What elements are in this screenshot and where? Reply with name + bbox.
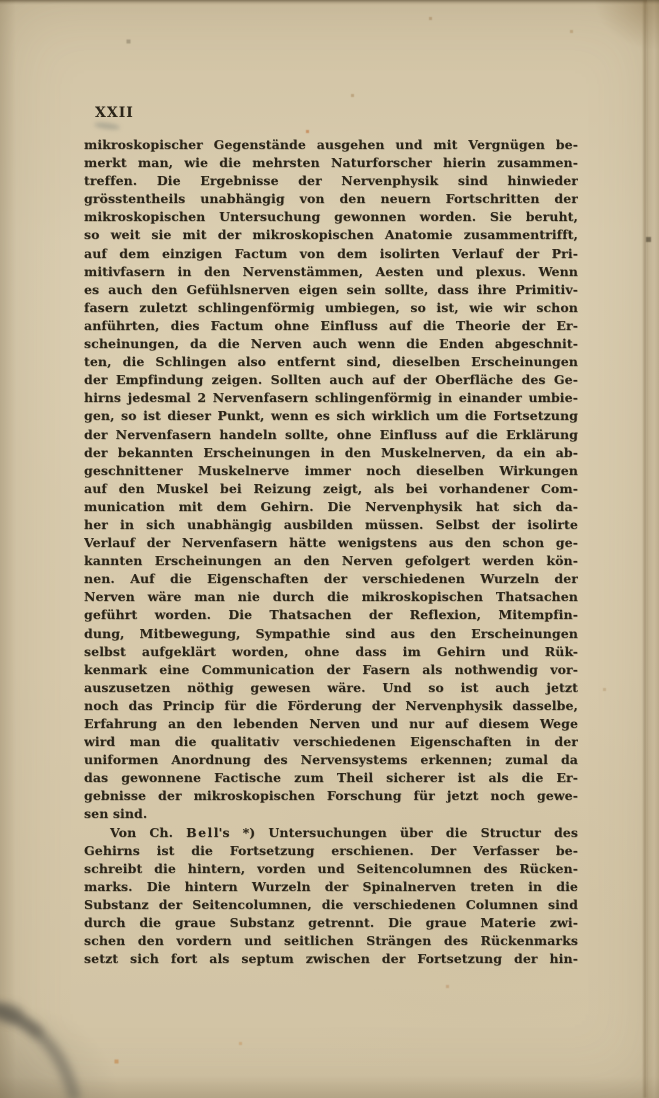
text-block: mikroskopischer Gegenstände ausgehen und… [84, 136, 578, 968]
text-line: gen, so ist dieser Punkt, wenn es sich w… [84, 407, 578, 425]
text-line: merkt man, wie die mehrsten Naturforsche… [84, 154, 578, 172]
text-line: Erfahrung an den lebenden Nerven und nur… [84, 715, 578, 733]
pencil-smear [94, 121, 121, 130]
text-line: kenmark eine Communication der Fasern al… [84, 661, 578, 679]
text-line: nen. Auf die Eigenschaften der verschied… [84, 570, 578, 588]
text-line: munication mit dem Gehirn. Die Nervenphy… [84, 498, 578, 516]
text-line: dung, Mitbewegung, Sympathie sind aus de… [84, 625, 578, 643]
text-line: durch die graue Substanz getrennt. Die g… [84, 914, 578, 932]
page-top-edge-shadow [0, 0, 659, 5]
text-line: Von Ch. B e l l's *) Untersuchungen über… [84, 824, 578, 842]
text-line: der Empfindung zeigen. Sollten auch auf … [84, 371, 578, 389]
text-line: kannten Erscheinungen an den Nerven gefo… [84, 552, 578, 570]
text-line: der Nervenfasern handeln sollte, ohne Ei… [84, 426, 578, 444]
text-line: geführt worden. Die Thatsachen der Refle… [84, 606, 578, 624]
text-line: das gewonnene Factische zum Theil sicher… [84, 769, 578, 787]
text-line: Gehirns ist die Fortsetzung erschienen. … [84, 842, 578, 860]
text-line: geschnittener Muskelnerve immer noch die… [84, 462, 578, 480]
text-line: selbst aufgeklärt worden, ohne dass im G… [84, 643, 578, 661]
text-line: hirns jedesmal 2 Nervenfasern schlingenf… [84, 389, 578, 407]
text-line: sen sind. [84, 805, 578, 823]
text-line: mikroskopischer Gegenstände ausgehen und… [84, 136, 578, 154]
text-line: ten, die Schlingen also entfernt sind, d… [84, 353, 578, 371]
scanned-book-page: XXII mikroskopischer Gegenstände ausgehe… [0, 0, 659, 1098]
text-line: schen den vordern und seitlichen Stränge… [84, 932, 578, 950]
text-line: so weit sie mit der mikroskopischen Anat… [84, 226, 578, 244]
text-line: grösstentheils unabhängig von den neuern… [84, 190, 578, 208]
text-line: wird man die qualitativ verschiedenen Ei… [84, 733, 578, 751]
text-line: es auch den Gefühlsnerven eigen sein sol… [84, 281, 578, 299]
page-left-edge-shadow [0, 0, 16, 1098]
text-line: auf dem einzigen Factum von dem isolirte… [84, 245, 578, 263]
text-line: noch das Princip für die Förderung der N… [84, 697, 578, 715]
text-line: marks. Die hintern Wurzeln der Spinalner… [84, 878, 578, 896]
text-line: uniformen Anordnung des Nervensystems er… [84, 751, 578, 769]
text-line: setzt sich fort als septum zwischen der … [84, 950, 578, 968]
text-line: Substanz der Seitencolumnen, die verschi… [84, 896, 578, 914]
text-line: Nerven wäre man nie durch die mikroskopi… [84, 588, 578, 606]
text-line: mitivfasern in den Nervenstämmen, Aesten… [84, 263, 578, 281]
foxing-specks [0, 0, 1, 1]
text-line: anführten, dies Factum ohne Einfluss auf… [84, 317, 578, 335]
text-line: auf den Muskel bei Reizung zeigt, als be… [84, 480, 578, 498]
text-line: scheinungen, da die Nerven auch wenn die… [84, 335, 578, 353]
text-line: auszusetzen nöthig gewesen wäre. Und so … [84, 679, 578, 697]
text-line: fasern zuletzt schlingenförmig umbiegen,… [84, 299, 578, 317]
text-line: schreibt die hintern, vorden und Seitenc… [84, 860, 578, 878]
text-line: Verlauf der Nervenfasern hätte wenigsten… [84, 534, 578, 552]
page-bottom-edge-shadow [0, 1076, 659, 1098]
text-line: der bekannten Erscheinungen in den Muske… [84, 444, 578, 462]
text-line: her in sich unabhängig ausbilden müssen.… [84, 516, 578, 534]
page-right-edge [647, 0, 659, 1098]
text-line: mikroskopischen Untersuchung gewonnen wo… [84, 208, 578, 226]
text-line: treffen. Die Ergebnisse der Nervenphysik… [84, 172, 578, 190]
page-number: XXII [95, 105, 134, 121]
text-line: gebnisse der mikroskopischen Forschung f… [84, 787, 578, 805]
